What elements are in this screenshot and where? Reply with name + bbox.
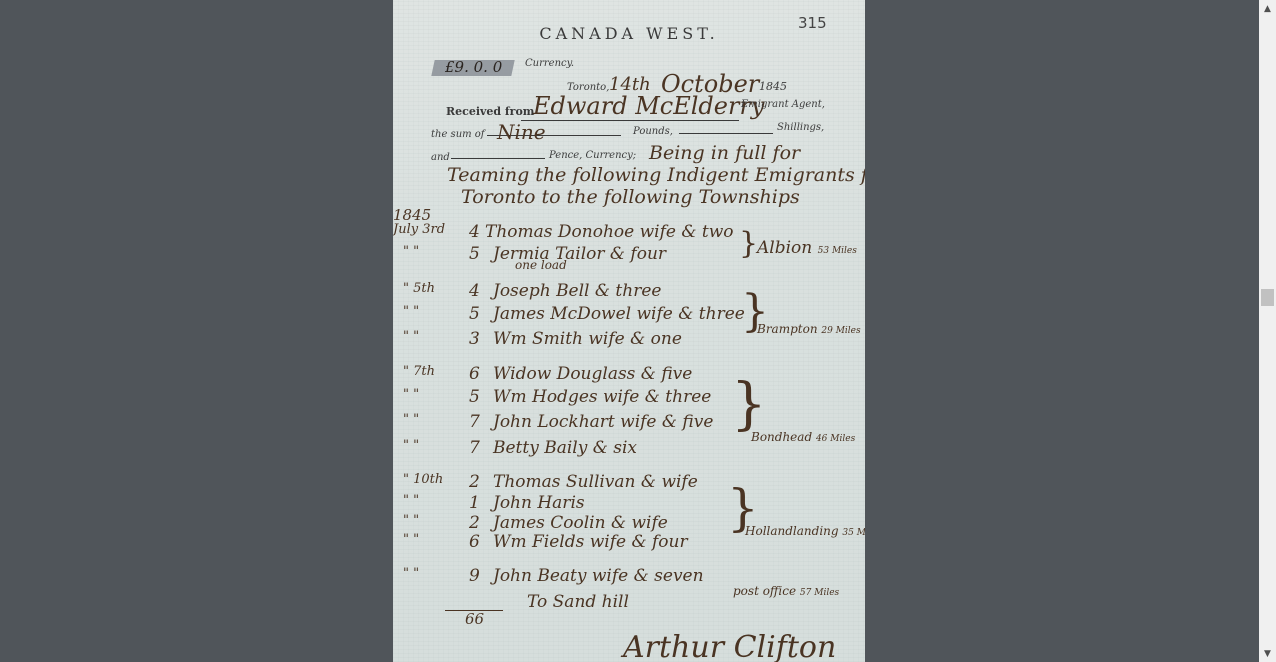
entry-count: 5 bbox=[469, 387, 480, 407]
entry-count: 5 bbox=[469, 304, 480, 324]
destination-3: Bondhead 46 Miles bbox=[751, 430, 855, 444]
scroll-up-arrow-icon[interactable]: ▲ bbox=[1259, 0, 1276, 17]
entry-name: Thomas Donohoe wife & two bbox=[485, 222, 734, 242]
purpose-line-1: Being in full for bbox=[649, 142, 800, 164]
entry-name: Betty Baily & six bbox=[493, 438, 637, 458]
pence-rule bbox=[451, 158, 545, 159]
scrollbar-thumb[interactable] bbox=[1261, 289, 1274, 306]
destination-4: Hollandlanding 35 Miles bbox=[745, 524, 865, 538]
entry-note: one load bbox=[515, 258, 567, 272]
entry-date: " " bbox=[403, 412, 419, 427]
scroll-down-arrow-icon[interactable]: ▼ bbox=[1259, 645, 1276, 662]
entry-date: July 3rd bbox=[393, 222, 445, 237]
entry-count: 7 bbox=[469, 438, 480, 458]
document-heading: CANADA WEST. bbox=[393, 24, 865, 43]
entry-count: 6 bbox=[469, 364, 480, 384]
entry-name: James McDowel wife & three bbox=[493, 304, 745, 324]
destination-place: Bondhead bbox=[751, 430, 812, 444]
entry-name: Joseph Bell & three bbox=[493, 281, 661, 301]
pounds-value: Nine bbox=[497, 120, 546, 144]
entry-name: To Sand hill bbox=[527, 592, 629, 612]
entry-date: " " bbox=[403, 387, 419, 402]
destination-distance: 57 Miles bbox=[800, 588, 839, 598]
entry-name: James Coolin & wife bbox=[493, 513, 668, 533]
destination-5: post office 57 Miles bbox=[733, 584, 839, 598]
entry-count: 1 bbox=[469, 493, 480, 513]
entry-name: Thomas Sullivan & wife bbox=[493, 472, 698, 492]
received-label: Received from bbox=[446, 105, 534, 118]
emigrant-entry: " 10th 2 Thomas Sullivan & wife bbox=[393, 472, 865, 494]
amount-value: £9. 0. 0 bbox=[445, 58, 502, 76]
emigrant-entry: " 7th 6 Widow Douglass & five bbox=[393, 364, 865, 386]
emigrant-entry: " " 5 Wm Hodges wife & three bbox=[393, 387, 865, 409]
destination-distance: 46 Miles bbox=[816, 434, 855, 444]
and-label: and bbox=[431, 152, 450, 163]
signature: Arthur Clifton bbox=[623, 630, 836, 662]
vertical-scrollbar[interactable]: ▲ ▼ bbox=[1259, 0, 1276, 662]
destination-place: post office bbox=[733, 584, 796, 598]
emigrant-entry: " " 1 John Haris bbox=[393, 493, 865, 515]
destination-place: Hollandlanding bbox=[745, 524, 839, 538]
entry-count: 6 bbox=[469, 532, 480, 552]
pounds-label: Pounds, bbox=[633, 126, 673, 137]
destination-place: Brampton bbox=[757, 322, 818, 336]
scanned-document-image: 315 CANADA WEST. £9. 0. 0 Currency. Toro… bbox=[393, 0, 865, 662]
currency-label: Currency. bbox=[525, 58, 574, 69]
entry-date: " " bbox=[403, 304, 419, 319]
destination-distance: 35 Miles bbox=[842, 528, 865, 538]
entry-name: John Beaty wife & seven bbox=[493, 566, 704, 586]
pence-label: Pence, Currency; bbox=[549, 150, 636, 161]
destination-1: Albion 53 Miles bbox=[757, 238, 857, 258]
shillings-rule bbox=[679, 133, 773, 134]
destination-place: Albion bbox=[757, 238, 812, 258]
image-viewer-viewport: 315 CANADA WEST. £9. 0. 0 Currency. Toro… bbox=[0, 0, 1259, 662]
entry-date: " " bbox=[403, 566, 419, 581]
entry-count: 4 bbox=[469, 281, 480, 301]
received-from-name: Edward McElderry bbox=[533, 92, 764, 120]
emigrant-entry: " 5th 4 Joseph Bell & three bbox=[393, 281, 865, 303]
entry-name: Widow Douglass & five bbox=[493, 364, 692, 384]
entry-count: 3 bbox=[469, 329, 480, 349]
destination-2: Brampton 29 Miles bbox=[757, 322, 861, 336]
entry-date: " 5th bbox=[403, 281, 435, 296]
destination-distance: 53 Miles bbox=[818, 246, 857, 256]
total-count: 66 bbox=[465, 610, 484, 628]
entry-count: 2 bbox=[469, 472, 480, 492]
entry-count: 2 bbox=[469, 513, 480, 533]
entry-date: " " bbox=[403, 329, 419, 344]
group-brace: } bbox=[739, 226, 758, 261]
received-rule bbox=[521, 120, 739, 121]
entry-date: " 7th bbox=[403, 364, 435, 379]
purpose-line-2: Teaming the following Indigent Emigrants… bbox=[447, 164, 865, 186]
shillings-label: Shillings, bbox=[777, 122, 824, 133]
entry-date: " " bbox=[403, 493, 419, 508]
entry-date: " 10th bbox=[403, 472, 443, 487]
entry-name: Wm Fields wife & four bbox=[493, 532, 688, 552]
destination-distance: 29 Miles bbox=[821, 326, 860, 336]
entry-date: " " bbox=[403, 532, 419, 547]
entry-name: Wm Hodges wife & three bbox=[493, 387, 711, 407]
sum-label: the sum of bbox=[431, 129, 485, 140]
purpose-line-3: Toronto to the following Townships bbox=[461, 186, 800, 208]
entry-date: " " bbox=[403, 244, 419, 259]
agent-title: Emigrant Agent, bbox=[741, 99, 825, 110]
entry-date: " " bbox=[403, 438, 419, 453]
entry-name: John Haris bbox=[493, 493, 585, 513]
entry-date: " " bbox=[403, 513, 419, 528]
entry-name: John Lockhart wife & five bbox=[493, 412, 713, 432]
entry-count: 4 bbox=[469, 222, 480, 242]
entry-count: 5 bbox=[469, 244, 480, 264]
entry-name: Wm Smith wife & one bbox=[493, 329, 682, 349]
entry-count: 9 bbox=[469, 566, 480, 586]
entry-count: 7 bbox=[469, 412, 480, 432]
